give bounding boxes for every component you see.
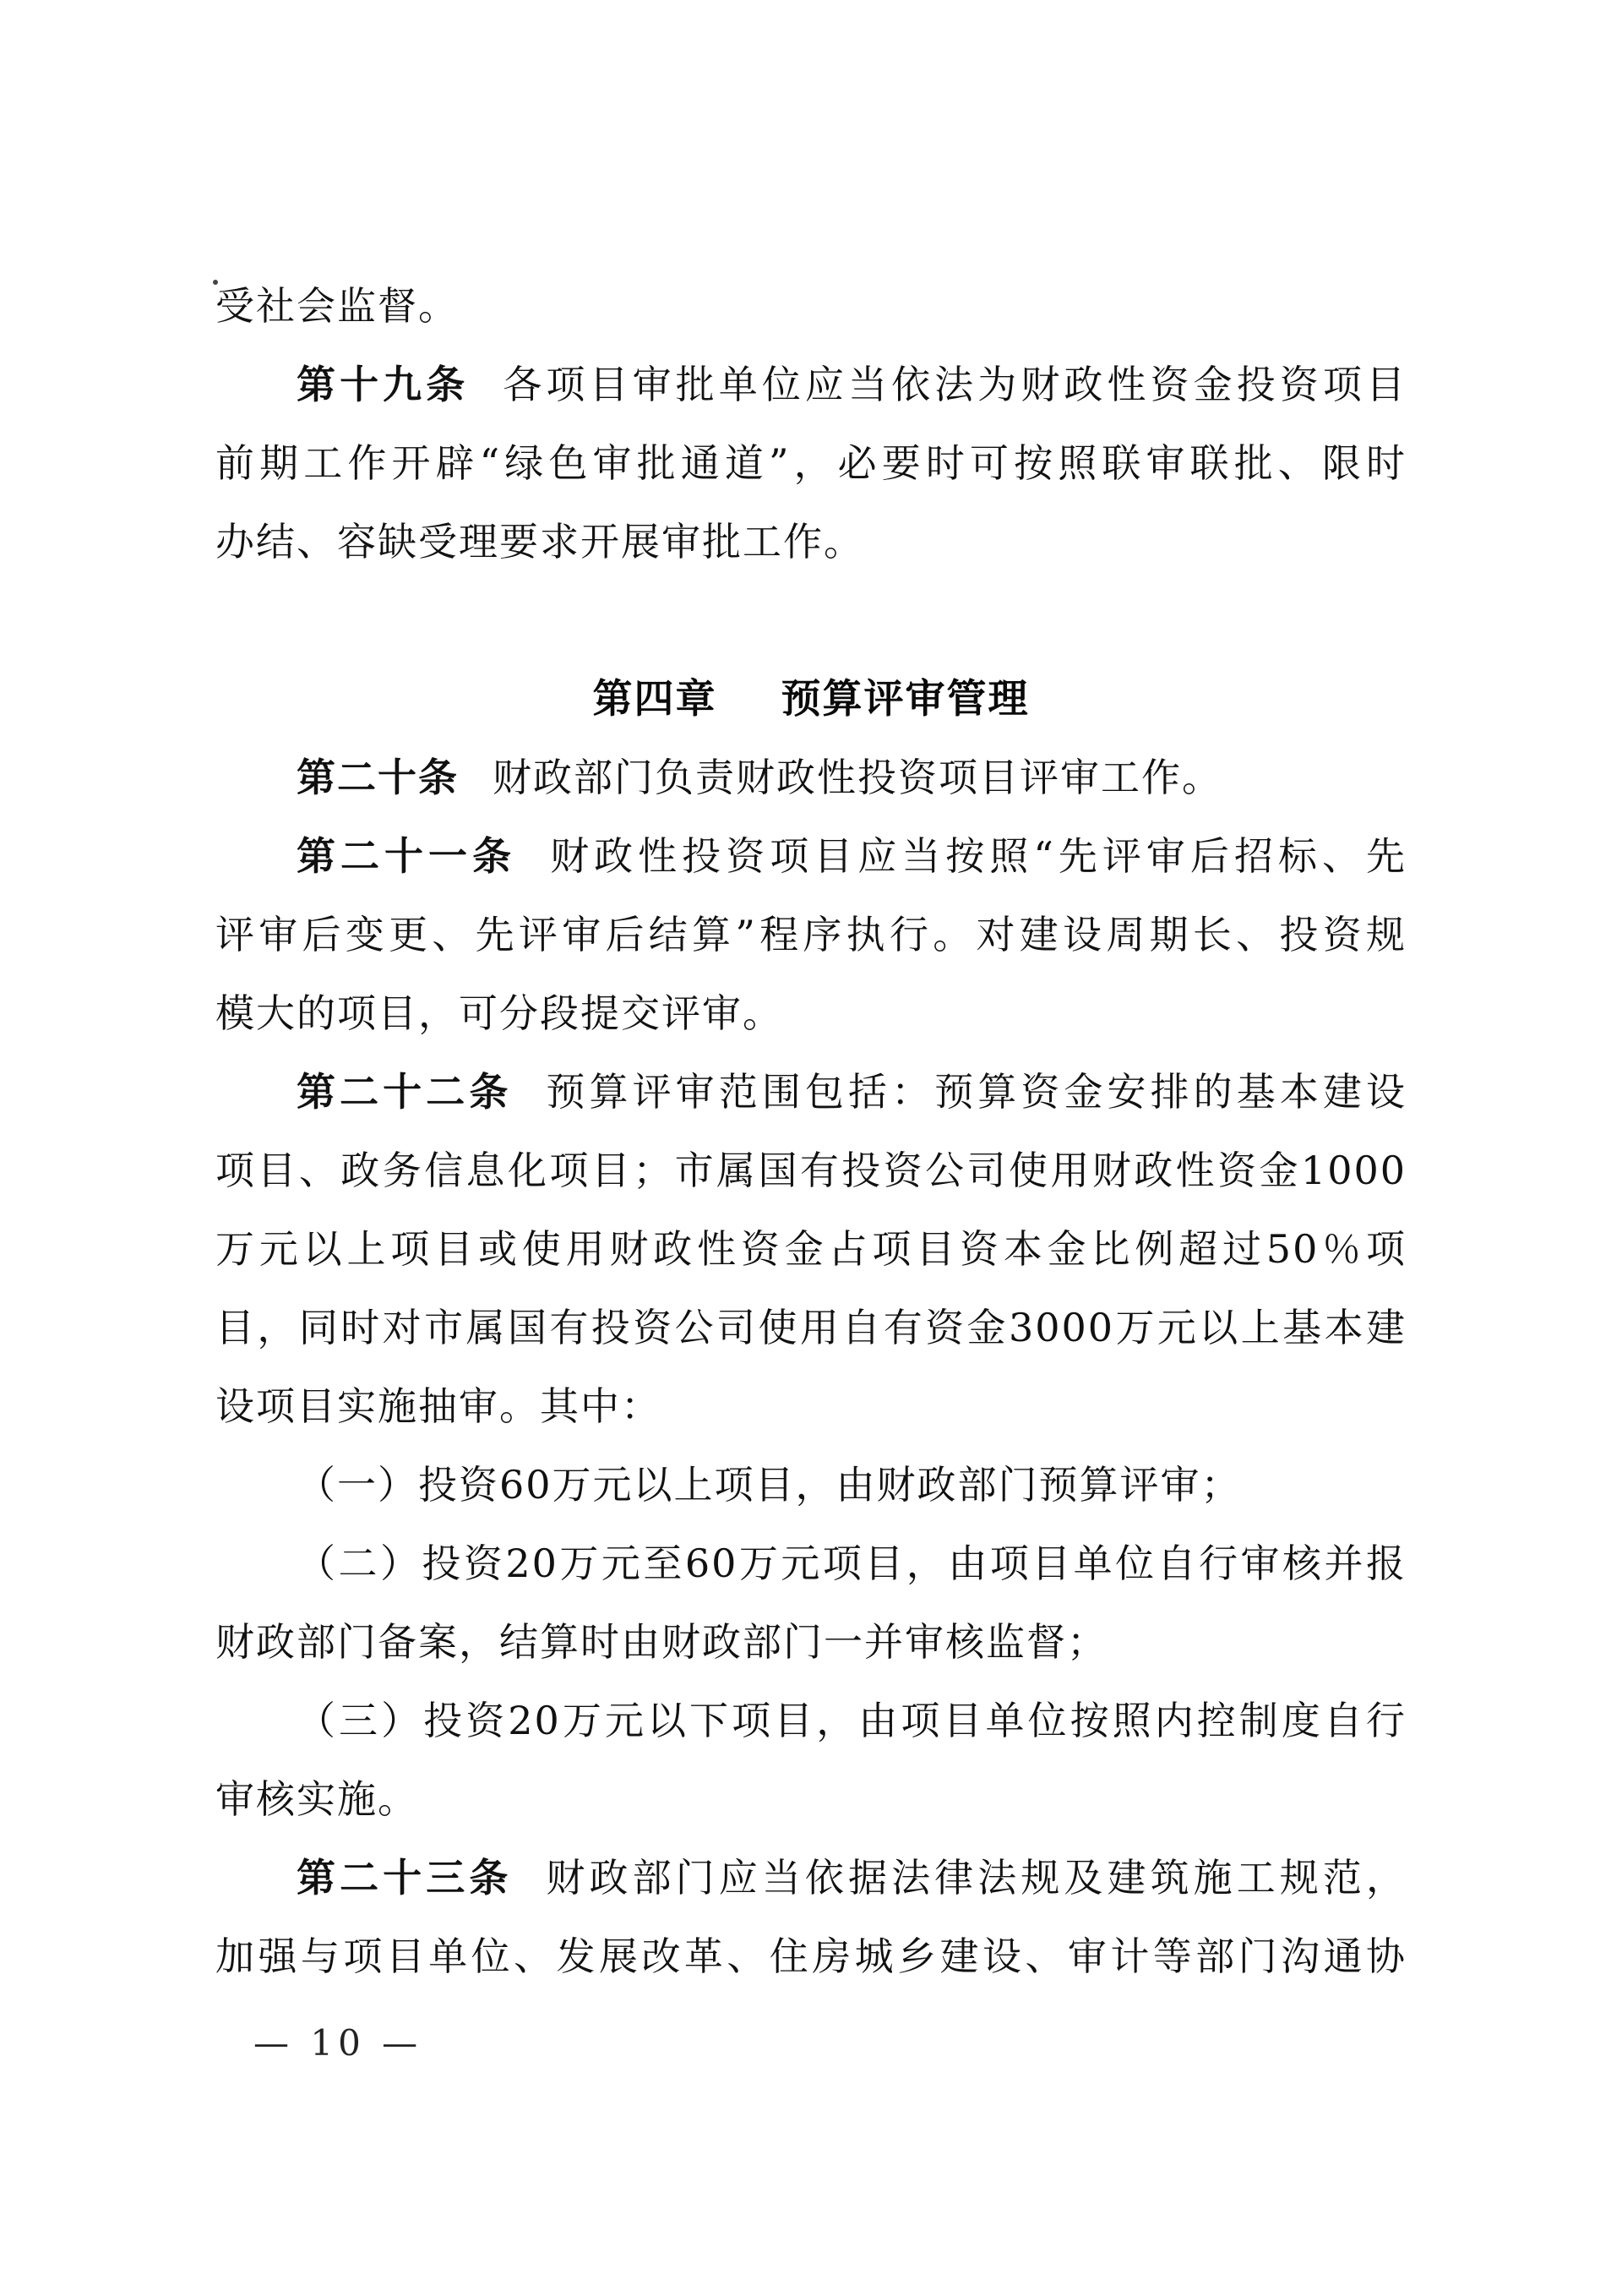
page-footer: — 10 — [253,2004,422,2082]
line-text: 前期工作开辟“绿色审批通道”，必要时可按照联审联批、限时 [215,440,1407,486]
chapter-number: 第四章 [593,676,717,723]
document-line: （三）投资20万元以下项目，由项目单位按照内控制度自行 [215,1682,1407,1760]
article-number: 第二十一条 [297,833,516,879]
line-text: （一）投资60万元以上项目，由财政部门预算评审； [297,1462,1242,1508]
document-line: 加强与项目单位、发展改革、住房城乡建设、审计等部门沟通协 [215,1917,1407,1996]
line-text: （二）投资20万元至60万元项目，由项目单位自行审核并报 [297,1541,1407,1586]
document-line: 第二十二条预算评审范围包括：预算资金安排的基本建设 [215,1053,1407,1132]
line-text: 受社会监督。 [215,283,459,329]
document-content: 受社会监督。第十九条各项目审批单位应当依法为财政性资金投资项目前期工作开辟“绿色… [215,267,1407,1996]
document-line: 办结、容缺受理要求开展审批工作。 [215,503,1407,581]
document-line: 前期工作开辟“绿色审批通道”，必要时可按照联审联批、限时 [215,424,1407,503]
line-text: 各项目审批单位应当依法为财政性资金投资项目 [503,362,1407,407]
line-text: 预算评审范围包括：预算资金安排的基本建设 [546,1069,1407,1115]
line-text: 办结、容缺受理要求开展审批工作。 [215,519,864,564]
document-line: 评审后变更、先评审后结算”程序执行。对建设周期长、投资规 [215,896,1407,974]
document-line: 万元以上项目或使用财政性资金占项目资本金比例超过50％项 [215,1210,1407,1289]
article-number: 第二十二条 [297,1069,512,1115]
document-line: 第十九条各项目审批单位应当依法为财政性资金投资项目 [215,346,1407,424]
line-text: 财政部门负责财政性投资项目评审工作。 [493,755,1222,800]
document-line: （二）投资20万元至60万元项目，由项目单位自行审核并报 [215,1524,1407,1603]
chapter-title: 预算评审管理 [781,676,1030,723]
line-text: 财政部门备案，结算时由财政部门一并审核监督； [215,1619,1108,1665]
document-page: 受社会监督。第十九条各项目审批单位应当依法为财政性资金投资项目前期工作开辟“绿色… [0,0,1622,2296]
line-text: 目，同时对市属国有投资公司使用自有资金3000万元以上基本建 [215,1305,1407,1350]
line-text: 审核实施。 [215,1776,418,1822]
line-text: 财政部门应当依据法律法规及建筑施工规范， [546,1855,1407,1901]
article-number: 第十九条 [297,362,469,407]
document-line: 受社会监督。 [215,267,1407,346]
chapter-heading: 第四章预算评审管理 [215,660,1407,739]
line-text: 财政性投资项目应当按照“先评审后招标、先 [550,833,1407,879]
page-number: — 10 — [253,2022,422,2064]
line-text: 万元以上项目或使用财政性资金占项目资本金比例超过50％项 [215,1226,1407,1272]
document-line: （一）投资60万元以上项目，由财政部门预算评审； [215,1446,1407,1524]
document-line: 模大的项目，可分段提交评审。 [215,974,1407,1053]
line-text: （三）投资20万元以下项目，由项目单位按照内控制度自行 [297,1698,1407,1743]
document-line: 第二十条财政部门负责财政性投资项目评审工作。 [215,739,1407,817]
article-number: 第二十三条 [297,1855,512,1901]
document-line: 目，同时对市属国有投资公司使用自有资金3000万元以上基本建 [215,1289,1407,1367]
line-text: 设项目实施抽审。其中： [215,1383,661,1429]
line-text: 项目、政务信息化项目；市属国有投资公司使用财政性资金1000 [215,1148,1407,1193]
line-text: 加强与项目单位、发展改革、住房城乡建设、审计等部门沟通协 [215,1933,1407,1979]
document-line: 设项目实施抽审。其中： [215,1367,1407,1446]
document-line: 项目、政务信息化项目；市属国有投资公司使用财政性资金1000 [215,1132,1407,1210]
document-line: 第二十三条财政部门应当依据法律法规及建筑施工规范， [215,1839,1407,1917]
line-text: 评审后变更、先评审后结算”程序执行。对建设周期长、投资规 [215,912,1407,957]
document-line: 审核实施。 [215,1760,1407,1839]
document-line: 第二十一条财政性投资项目应当按照“先评审后招标、先 [215,817,1407,896]
line-text: 模大的项目，可分段提交评审。 [215,990,783,1036]
document-line: 财政部门备案，结算时由财政部门一并审核监督； [215,1603,1407,1682]
article-number: 第二十条 [297,755,459,800]
